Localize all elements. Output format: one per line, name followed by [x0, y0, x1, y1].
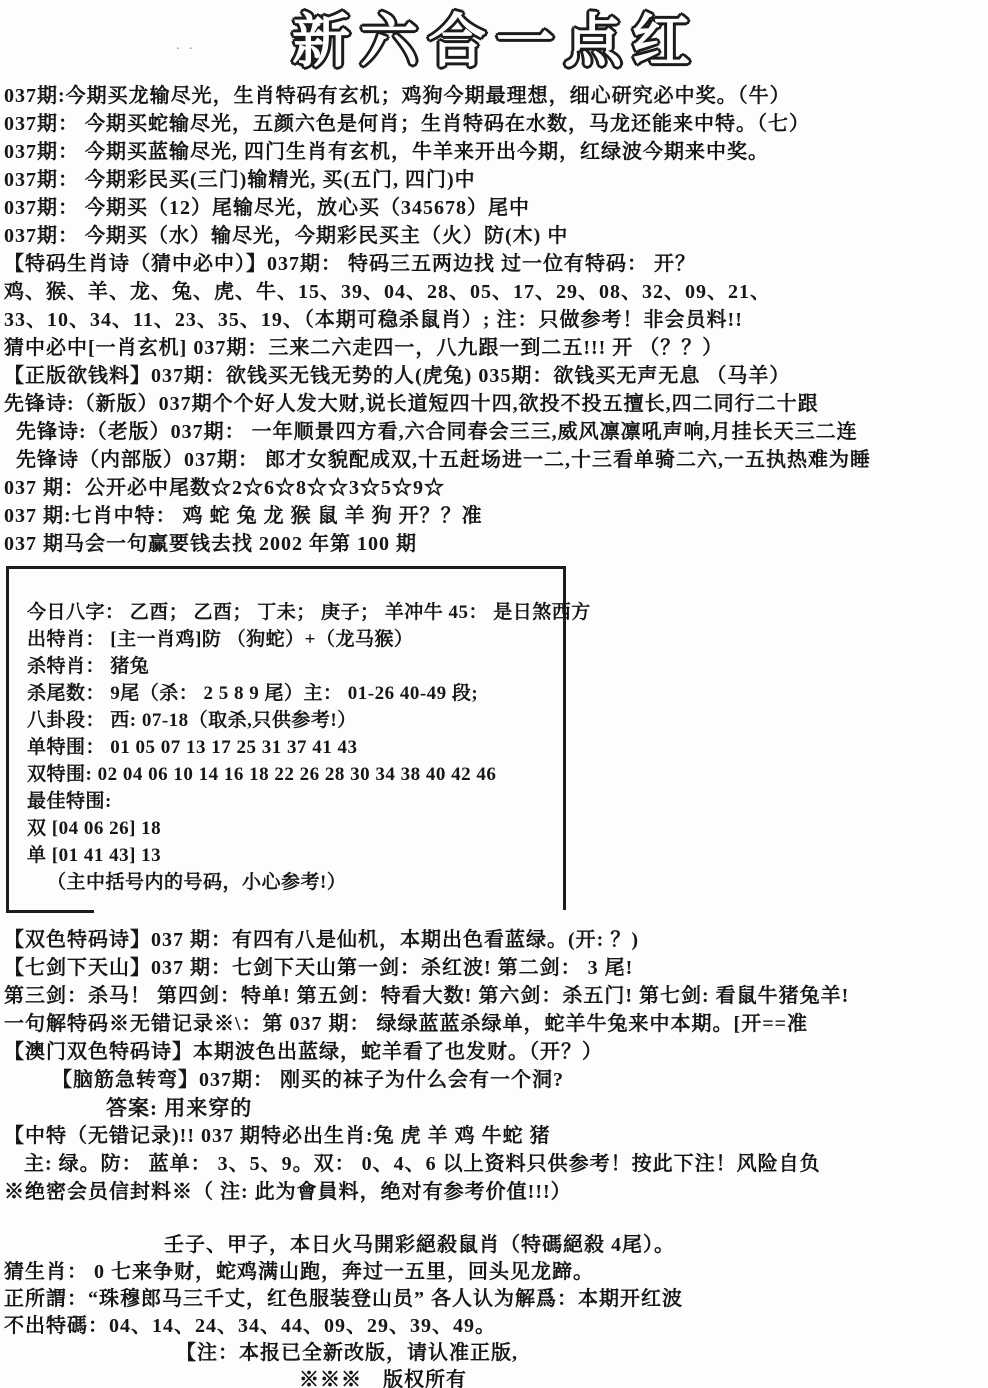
yuqian-liao-line: 【正版欲钱料】037期：欲钱买无钱无势的人(虎兔) 035期：欲钱买无声无息 （… [4, 362, 988, 390]
qijian-line-1: 【七剑下天山】037 期：七剑下天山第一剑：杀红波! 第二剑： 3 尾! [4, 954, 988, 982]
shaweishu-line: 杀尾数： 9尾（杀： 2 5 8 9 尾）主： 01-26 40-49 段; [27, 680, 563, 707]
intro-line-2: 037期： 今期买蛇输尽光，五颜六色是何肖；生肖特码在水数，马龙还能来中特。（七… [4, 110, 988, 138]
buchutema-line: 不出特碼：04、14、24、34、44、09、29、39、49。 [4, 1313, 988, 1340]
xianfeng-old-line: 先锋诗:（老版）037期： 一年顺景四方看,六合同春会三三,威风凛凛吼声响,月挂… [4, 418, 988, 446]
juemi-line: ※绝密会员信封料※（ 注: 此为會員料，绝对有参考价值!!!） [4, 1178, 988, 1206]
bazi-line: 今日八字： 乙酉； 乙酉； 丁未； 庚子； 羊冲牛 45： 是日煞西方 [27, 599, 563, 626]
xianfeng-new-line: 先锋诗:（新版）037期个个好人发大财,说长道短四十四,欲投不投五擅长,四二同行… [4, 390, 988, 418]
zhongte-line: 【中特（无错记录)!! 037 期特必出生肖:兔 虎 羊 鸡 牛蛇 猪 [4, 1122, 988, 1150]
yijie-tema-line: 一句解特码※无错记录※\：第 037 期： 绿绿蓝蓝杀绿单，蛇羊牛兔来中本期。[… [4, 1010, 988, 1038]
qixiao-line: 037 期:七肖中特： 鸡 蛇 兔 龙 猴 鼠 羊 狗 开？？准 [4, 502, 988, 530]
page-title: 新六合一点红 [292, 0, 700, 78]
edition-note-line: 【注：本报已全新改版，请认准正版, [4, 1340, 988, 1367]
mahui-line: 037 期马会一句赢要钱去找 2002 年第 100 期 [4, 530, 988, 558]
copyright-line: ※※※ 版权所有 [4, 1367, 988, 1388]
shengxiao-numbers-row-2: 33、10、34、11、23、35、19、（本期可稳杀鼠肖）; 注：只做参考！非… [4, 306, 988, 334]
qijian-line-2: 第三剑：杀马！ 第四剑：特单! 第五剑：特看大数! 第六剑：杀五门! 第七剑: … [4, 982, 988, 1010]
tip-sheet-page: . . 新六合一点红 037期:今期买龙输尽光，生肖特码有玄机；鸡狗今期最理想，… [0, 0, 988, 1388]
renzi-line: 壬子、甲子，本日火马開彩絕殺鼠肖（特碼絕殺 4尾）。 [4, 1232, 988, 1259]
intro-line-6: 037期： 今期买（水）输尽光，今期彩民买主（火）防(木) 中 [4, 222, 988, 250]
riddle-answer-line: 答案: 用来穿的 [4, 1094, 988, 1122]
zuijia-dan-line: 单 [01 41 43] 13 [27, 842, 563, 869]
shengxiao-numbers-row-1: 鸡、猴、羊、龙、兔、虎、牛、15、39、04、28、05、17、29、08、32… [4, 278, 988, 306]
xianfeng-poems-section: 先锋诗:（新版）037期个个好人发大财,说长道短四十四,欲投不投五擅长,四二同行… [4, 390, 988, 474]
dantewei-line: 单特围： 01 05 07 13 17 25 31 37 41 43 [27, 734, 563, 761]
zhengsuowei-line: 正所謂：“珠穆郎马三千丈，红色服装登山员” 各人认为解爲：本期开红波 [4, 1286, 988, 1313]
misc-tips-section: 037 期：公开必中尾数☆2☆6☆8☆☆3☆5☆9☆ 037 期:七肖中特： 鸡… [4, 474, 988, 558]
zuijia-shuang-line: 双 [04 06 26] 18 [27, 815, 563, 842]
box-note-line: （主中括号内的号码，小心参考!） [27, 869, 563, 896]
caishengxiao-line: 猜生肖： 0 七来争财，蛇鸡满山跑，奔过一五里，回头见龙蹄。 [4, 1259, 988, 1286]
intro-section: 037期:今期买龙输尽光，生肖特码有玄机；鸡狗今期最理想，细心研究必中奖。（牛）… [4, 82, 988, 250]
weishu-line: 037 期：公开必中尾数☆2☆6☆8☆☆3☆5☆9☆ [4, 474, 988, 502]
yixiao-xuanji-line: 猜中必中[一肖玄机] 037期：三来二六走四一，八九跟一到二五!!! 开 （？？… [4, 334, 988, 362]
intro-line-3: 037期： 今期买蓝输尽光, 四门生肖有玄机，牛羊来开出今期，红绿波今期来中奖。 [4, 138, 988, 166]
footer-section: 壬子、甲子，本日火马開彩絕殺鼠肖（特碼絕殺 4尾）。 猜生肖： 0 七来争财，蛇… [4, 1232, 988, 1388]
shengxiao-poem-header: 【特码生肖诗（猜中必中）】037期： 特码三五两边找 过一位有特码： 开？ [4, 250, 988, 278]
xianfeng-internal-line: 先锋诗（内部版）037期： 郎才女貌配成双,十五赶场进一二,十三看单骑二六,一五… [4, 446, 988, 474]
daily-analysis-box: 今日八字： 乙酉； 乙酉； 丁未； 庚子； 羊冲牛 45： 是日煞西方 出特肖：… [6, 566, 566, 910]
lower-poems-section: 【双色特码诗】037 期：有四有八是仙机，本期出色看蓝绿。(开: ？) 【七剑下… [4, 926, 988, 1206]
zuijia-header-line: 最佳特围: [27, 788, 563, 815]
shengxiao-poem-section: 【特码生肖诗（猜中必中）】037期： 特码三五两边找 过一位有特码： 开？ 鸡、… [4, 250, 988, 390]
shuangtewei-line: 双特围: 02 04 06 10 14 16 18 22 26 28 30 34… [27, 761, 563, 788]
chutexiao-line: 出特肖： [主一肖鸡]防 （狗蛇）+（龙马猴） [27, 626, 563, 653]
intro-line-4: 037期： 今期彩民买(三门)输精光, 买(五门, 四门)中 [4, 166, 988, 194]
intro-line-1: 037期:今期买龙输尽光，生肖特码有玄机；鸡狗今期最理想，细心研究必中奖。（牛） [4, 82, 988, 110]
shatexiao-line: 杀特肖： 猪兔 [27, 653, 563, 680]
shuangse-poem-line: 【双色特码诗】037 期：有四有八是仙机，本期出色看蓝绿。(开: ？) [4, 926, 988, 954]
bagua-line: 八卦段： 西: 07-18（取杀,只供参考!） [27, 707, 563, 734]
zhufang-line: 主: 绿。防： 蓝单： 3、5、9。双： 0、4、6 以上资料只供参考！按此下注… [4, 1150, 988, 1178]
masthead: . . 新六合一点红 [4, 0, 988, 82]
intro-line-5: 037期： 今期买（12）尾输尽光，放心买（345678）尾中 [4, 194, 988, 222]
aomen-poem-line: 【澳门双色特码诗】本期波色出蓝绿，蛇羊看了也发财。（开？） [4, 1038, 988, 1066]
scan-artifact-dots: . . [176, 38, 196, 54]
naojin-riddle-line: 【脑筋急转弯】037期： 刚买的袜子为什么会有一个洞? [4, 1066, 988, 1094]
